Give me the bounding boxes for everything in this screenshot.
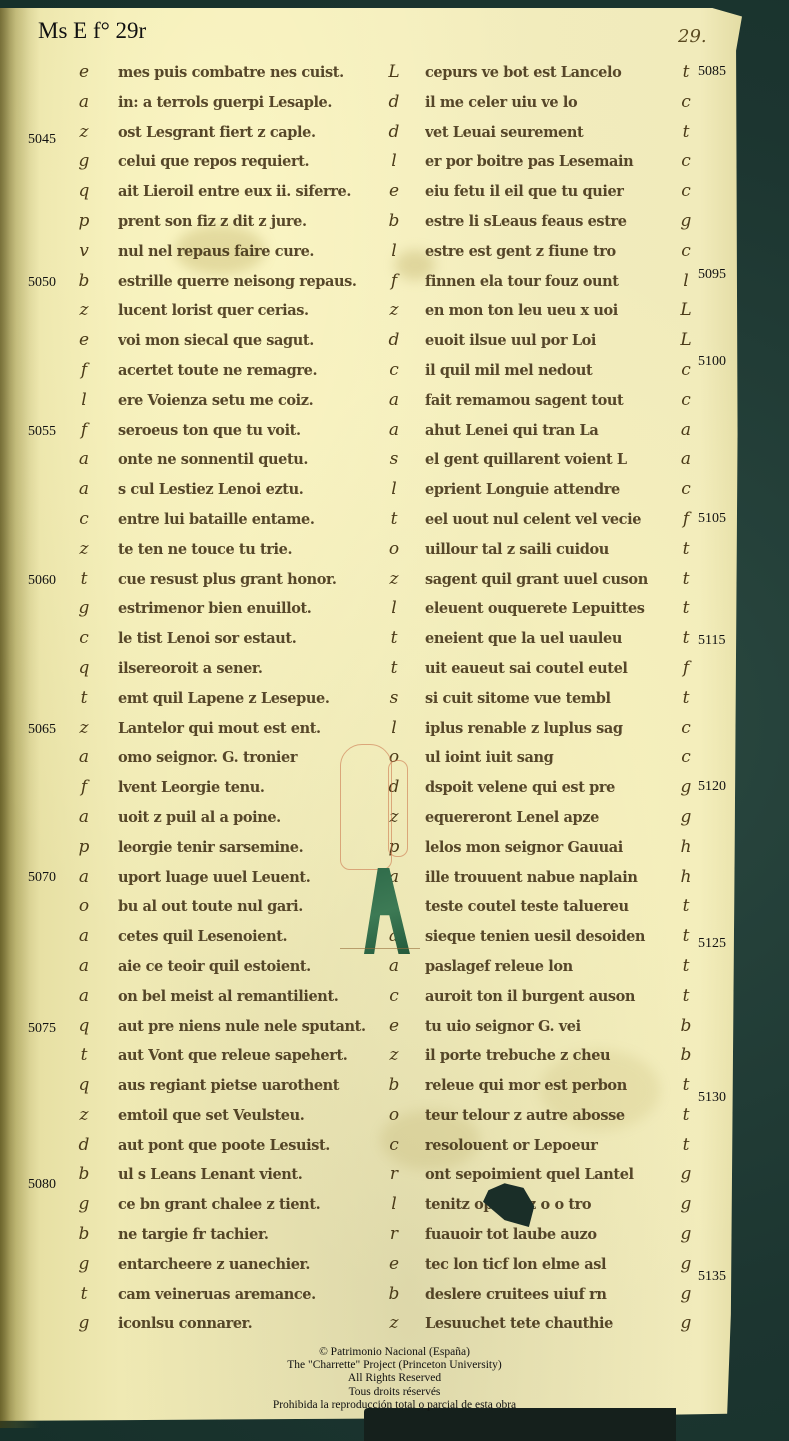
line-initial: a <box>72 922 96 952</box>
line-final: t <box>674 118 698 148</box>
verse-line: mes puis combatre nes cuist. <box>118 58 378 88</box>
line-initial: a <box>72 803 96 833</box>
footer-line: The "Charrette" Project (Princeton Unive… <box>0 1359 789 1372</box>
line-final: c <box>674 743 698 773</box>
line-final: c <box>674 356 698 386</box>
verse-line: uport luage uuel Leuent. <box>118 863 378 893</box>
line-initial: r <box>382 1220 406 1250</box>
line-initial: o <box>382 1101 406 1131</box>
verse-line: uillour tal z saili cuidou <box>425 535 705 565</box>
line-final: t <box>674 624 698 654</box>
line-final: g <box>674 1220 698 1250</box>
line-initial: q <box>72 654 96 684</box>
line-initial: l <box>382 1190 406 1220</box>
line-initial: e <box>382 1250 406 1280</box>
line-initial: a <box>72 445 96 475</box>
verse-line: te ten ne touce tu trie. <box>118 535 378 565</box>
line-initial: l <box>72 386 96 416</box>
line-initial: a <box>72 743 96 773</box>
line-initial: a <box>382 416 406 446</box>
line-initial: d <box>382 118 406 148</box>
line-final: t <box>674 535 698 565</box>
line-initial: a <box>72 863 96 893</box>
middle-initials-column: Lddleblfzdcaasltozlttslodzpataacezbocrlr… <box>382 58 406 1339</box>
line-initial: g <box>72 1309 96 1339</box>
line-initial: z <box>72 1101 96 1131</box>
line-initial: d <box>382 326 406 356</box>
line-final: t <box>674 684 698 714</box>
verse-line: bu al out toute nul gari. <box>118 892 378 922</box>
verse-line: eiu fetu il eil que tu quier <box>425 177 705 207</box>
line-initial: a <box>72 475 96 505</box>
line-final: c <box>674 88 698 118</box>
manuscript-title: Ms E f° 29r <box>38 18 146 44</box>
verse-line: ne targie fr tachier. <box>118 1220 378 1250</box>
line-initial: b <box>72 1220 96 1250</box>
verse-line: le tist Lenoi sor estaut. <box>118 624 378 654</box>
verse-line: seroeus ton que tu voit. <box>118 416 378 446</box>
verse-line: equereront Lenel apze <box>425 803 705 833</box>
line-final: t <box>674 922 698 952</box>
verse-line: eleuent ouquerete Lepuittes <box>425 594 705 624</box>
verse-line: ait Lieroil entre eux ii. siferre. <box>118 177 378 207</box>
line-initial: e <box>72 58 96 88</box>
line-final: g <box>674 207 698 237</box>
verse-line: nul nel repaus faire cure. <box>118 237 378 267</box>
line-initial: p <box>72 207 96 237</box>
verse-line: cue resust plus grant honor. <box>118 565 378 595</box>
verse-line: si cuit sitome vue tembl <box>425 684 705 714</box>
verse-line: tec lon ticf lon elme asl <box>425 1250 705 1280</box>
line-initial: r <box>382 1160 406 1190</box>
line-initial: z <box>72 118 96 148</box>
verse-line: aus regiant pietse uarothent <box>118 1071 378 1101</box>
verse-line: eprient Longuie attendre <box>425 475 705 505</box>
verse-line: acertet toute ne remagre. <box>118 356 378 386</box>
verse-line: il me celer uiu ve lo <box>425 88 705 118</box>
verse-line: finnen ela tour fouz ount <box>425 267 705 297</box>
line-final: t <box>674 952 698 982</box>
verse-line: paslagef releue lon <box>425 952 705 982</box>
verse-line: prent son fiz z dit z jure. <box>118 207 378 237</box>
right-initials-column: tctccgclLLccaacfttttftccgghhttttbbtttggg… <box>674 58 698 1339</box>
line-initial: c <box>72 505 96 535</box>
line-final: b <box>674 1012 698 1042</box>
verse-line: estre li sLeaus feaus estre <box>425 207 705 237</box>
line-initial: o <box>382 535 406 565</box>
line-initial: f <box>72 773 96 803</box>
line-initial: t <box>382 654 406 684</box>
verse-line: cetes quil Lesenoient. <box>118 922 378 952</box>
verse-line: il quil mil mel nedout <box>425 356 705 386</box>
verse-line: releue qui mor est perbon <box>425 1071 705 1101</box>
line-initial: c <box>382 356 406 386</box>
verse-line: dspoit velene qui est pre <box>425 773 705 803</box>
verse-line: ont sepoimient quel Lantel <box>425 1160 705 1190</box>
line-initial: b <box>72 1160 96 1190</box>
initial-flourish <box>388 760 408 857</box>
line-initial: b <box>382 207 406 237</box>
line-final: c <box>674 177 698 207</box>
line-final: g <box>674 1160 698 1190</box>
line-initial: g <box>72 594 96 624</box>
line-final: l <box>674 267 698 297</box>
line-initial: z <box>72 535 96 565</box>
line-final: g <box>674 1250 698 1280</box>
line-initial: a <box>382 952 406 982</box>
line-number: 5060 <box>28 573 56 589</box>
verse-line: iconlsu connarer. <box>118 1309 378 1339</box>
line-initial: q <box>72 1012 96 1042</box>
verse-line: er por boitre pas Lesemain <box>425 147 705 177</box>
line-final: t <box>674 565 698 595</box>
line-final: h <box>674 833 698 863</box>
verse-line: ce bn grant chalee z tient. <box>118 1190 378 1220</box>
line-final: f <box>674 654 698 684</box>
verse-line: estrimenor bien enuillot. <box>118 594 378 624</box>
verse-line: uoit z puil al a poine. <box>118 803 378 833</box>
line-initial: t <box>72 684 96 714</box>
verse-line: ahut Lenei qui tran La <box>425 416 705 446</box>
verse-line: euoit ilsue uul por Loi <box>425 326 705 356</box>
line-initial: e <box>72 326 96 356</box>
verse-line: ilsereoroit a sener. <box>118 654 378 684</box>
line-initial: l <box>382 237 406 267</box>
line-final: c <box>674 237 698 267</box>
line-final: g <box>674 1309 698 1339</box>
line-initial: q <box>72 1071 96 1101</box>
line-initial: l <box>382 475 406 505</box>
line-final: g <box>674 803 698 833</box>
verse-line: aie ce teoir quil estoient. <box>118 952 378 982</box>
verse-line: entre lui bataille entame. <box>118 505 378 535</box>
mount-tab <box>364 1408 676 1441</box>
line-final: t <box>674 1131 698 1161</box>
line-initial: b <box>382 1280 406 1310</box>
verse-line: ul s Leans Lenant vient. <box>118 1160 378 1190</box>
line-number: 5055 <box>28 424 56 440</box>
verse-line: entarcheere z uanechier. <box>118 1250 378 1280</box>
line-number: 5070 <box>28 870 56 886</box>
line-initial: t <box>72 1280 96 1310</box>
line-final: L <box>674 326 698 356</box>
verse-line: voi mon siecal que sagut. <box>118 326 378 356</box>
verse-line: ost Lesgrant fiert z caple. <box>118 118 378 148</box>
verse-line: auroit ton il burgent auson <box>425 982 705 1012</box>
line-initial: t <box>72 565 96 595</box>
line-initial: l <box>382 714 406 744</box>
line-initial: t <box>72 1041 96 1071</box>
line-initial: z <box>72 714 96 744</box>
line-initial: c <box>382 982 406 1012</box>
line-initial: e <box>382 1012 406 1042</box>
line-initial: z <box>382 565 406 595</box>
verse-line: eneient que la uel uauleu <box>425 624 705 654</box>
line-number: 5050 <box>28 275 56 291</box>
spine-shadow <box>0 8 40 1428</box>
footer-line: All Rights Reserved <box>0 1372 789 1385</box>
line-initial: z <box>382 296 406 326</box>
verse-line: aut Vont que releue sapehert. <box>118 1041 378 1071</box>
verse-line: eel uout nul celent vel vecie <box>425 505 705 535</box>
verse-line: cepurs ve bot est Lancelo <box>425 58 705 88</box>
line-initial: g <box>72 1250 96 1280</box>
line-final: c <box>674 475 698 505</box>
line-initial: L <box>382 58 406 88</box>
line-initial: l <box>382 594 406 624</box>
line-initial: p <box>72 833 96 863</box>
verse-line: teste coutel teste taluereu <box>425 892 705 922</box>
line-final: a <box>674 445 698 475</box>
verse-line: tu uio seignor G. vei <box>425 1012 705 1042</box>
verse-line: lelos mon seignor Gauuai <box>425 833 705 863</box>
verse-line: resolouent or Lepoeur <box>425 1131 705 1161</box>
verse-line: aut pont que poote Lesuist. <box>118 1131 378 1161</box>
verse-line: ere Voienza setu me coiz. <box>118 386 378 416</box>
line-initial: a <box>72 982 96 1012</box>
line-initial: t <box>382 624 406 654</box>
line-final: g <box>674 773 698 803</box>
line-final: c <box>674 386 698 416</box>
verse-line: emt quil Lapene z Lesepue. <box>118 684 378 714</box>
line-final: t <box>674 982 698 1012</box>
line-final: b <box>674 1041 698 1071</box>
line-final: t <box>674 58 698 88</box>
line-final: t <box>674 892 698 922</box>
verse-line: tenitz opetet z o o tro <box>425 1190 705 1220</box>
verse-line: sagent quil grant uuel cuson <box>425 565 705 595</box>
line-initial: a <box>72 952 96 982</box>
line-final: t <box>674 1101 698 1131</box>
line-initial: a <box>382 386 406 416</box>
line-initial: f <box>72 416 96 446</box>
verse-line: uit eaueut sai coutel eutel <box>425 654 705 684</box>
line-final: g <box>674 1190 698 1220</box>
verse-line: cam veineruas aremance. <box>118 1280 378 1310</box>
verse-line: celui que repos requiert. <box>118 147 378 177</box>
footer-line: Tous droits réservés <box>0 1386 789 1399</box>
line-initial: g <box>72 1190 96 1220</box>
folio-number: 29. <box>678 26 707 47</box>
verse-line: en mon ton leu ueu x uoi <box>425 296 705 326</box>
line-initial: c <box>382 1131 406 1161</box>
verse-line: emtoil que set Veulsteu. <box>118 1101 378 1131</box>
verse-line: deslere cruitees uiuf rn <box>425 1280 705 1310</box>
line-initial: d <box>72 1131 96 1161</box>
verse-line: iplus renable z luplus sag <box>425 714 705 744</box>
initial-underline <box>340 948 420 953</box>
line-final: g <box>674 1280 698 1310</box>
right-text-column: cepurs ve bot est Lanceloil me celer uiu… <box>425 58 705 1339</box>
left-text-column: mes puis combatre nes cuist.in: a terrol… <box>118 58 378 1339</box>
verse-line: s cul Lestiez Lenoi eztu. <box>118 475 378 505</box>
line-initial: e <box>382 177 406 207</box>
left-initials-column: eazgqpvbzeflfaacztgcqtzafapaoaaaqtqzdbgb… <box>72 58 96 1339</box>
verse-line: ille trouuent nabue naplain <box>425 863 705 893</box>
initial-flourish <box>340 744 392 870</box>
line-final: a <box>674 416 698 446</box>
line-initial: f <box>382 267 406 297</box>
verse-line: estrille querre neisong repaus. <box>118 267 378 297</box>
verse-line: vet Leuai seurement <box>425 118 705 148</box>
line-initial: z <box>72 296 96 326</box>
line-number: 5075 <box>28 1021 56 1037</box>
line-final: f <box>674 505 698 535</box>
line-initial: s <box>382 684 406 714</box>
line-initial: z <box>382 1309 406 1339</box>
verse-line: omo seignor. G. tronier <box>118 743 378 773</box>
line-initial: c <box>72 624 96 654</box>
line-final: t <box>674 1071 698 1101</box>
verse-line: il porte trebuche z cheu <box>425 1041 705 1071</box>
line-final: c <box>674 147 698 177</box>
line-initial: s <box>382 445 406 475</box>
verse-line: on bel meist al remantilient. <box>118 982 378 1012</box>
verse-line: lucent lorist quer cerias. <box>118 296 378 326</box>
line-initial: z <box>382 1041 406 1071</box>
verse-line: Lesuuchet tete chauthie <box>425 1309 705 1339</box>
line-number: 5045 <box>28 132 56 148</box>
line-number: 5065 <box>28 722 56 738</box>
line-initial: d <box>382 88 406 118</box>
copyright-footer: © Patrimonio Nacional (España) The "Char… <box>0 1346 789 1412</box>
line-number: 5080 <box>28 1177 56 1193</box>
verse-line: fuauoir tot laube auzo <box>425 1220 705 1250</box>
line-initial: o <box>72 892 96 922</box>
line-initial: f <box>72 356 96 386</box>
verse-line: teur telour z autre abosse <box>425 1101 705 1131</box>
verse-line: ul ioint iuit sang <box>425 743 705 773</box>
verse-line: in: a terrols guerpi Lesaple. <box>118 88 378 118</box>
line-initial: b <box>382 1071 406 1101</box>
verse-line: aut pre niens nule nele sputant. <box>118 1012 378 1042</box>
verse-line: Lantelor qui mout est ent. <box>118 714 378 744</box>
verse-line: onte ne sonnentil quetu. <box>118 445 378 475</box>
line-final: h <box>674 863 698 893</box>
line-final: c <box>674 714 698 744</box>
verse-line: estre est gent z fiune tro <box>425 237 705 267</box>
verse-line: fait remamou sagent tout <box>425 386 705 416</box>
line-final: L <box>674 296 698 326</box>
line-initial: v <box>72 237 96 267</box>
footer-line: © Patrimonio Nacional (España) <box>0 1346 789 1359</box>
line-initial: q <box>72 177 96 207</box>
verse-line: leorgie tenir sarsemine. <box>118 833 378 863</box>
verse-line: lvent Leorgie tenu. <box>118 773 378 803</box>
line-initial: l <box>382 147 406 177</box>
line-initial: t <box>382 505 406 535</box>
line-initial: b <box>72 267 96 297</box>
verse-line: sieque tenien uesil desoiden <box>425 922 705 952</box>
verse-line: el gent quillarent voient L <box>425 445 705 475</box>
footer-line: Prohibida la reproducción total o parcia… <box>0 1399 789 1412</box>
line-initial: a <box>72 88 96 118</box>
line-final: t <box>674 594 698 624</box>
line-initial: g <box>72 147 96 177</box>
